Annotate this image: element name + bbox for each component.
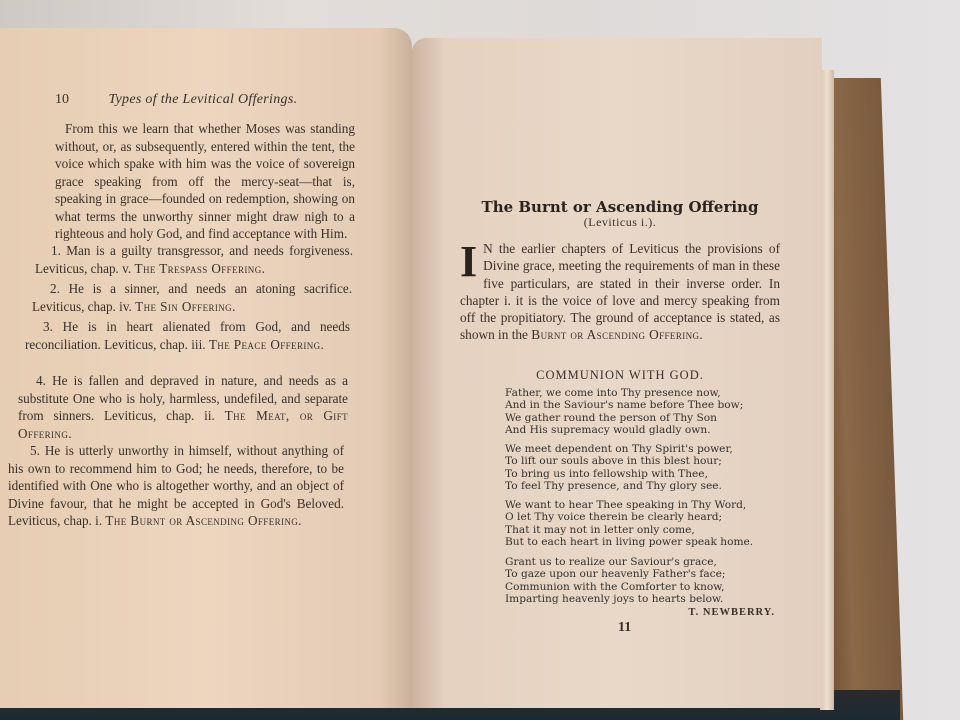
list-item-4: 4. He is fallen and depraved in nature, … [18,372,348,442]
running-head: 10 Types of the Levitical Offerings. [55,92,297,108]
left-page-number: 10 [55,92,105,108]
offering-name: Burnt or Ascending Offering. [531,327,703,342]
list-item-2: 2. He is a sinner, and needs an atoning … [32,280,352,315]
hymn-stanza-1: Father, we come into Thy presence now, A… [505,387,743,437]
right-page-number: 11 [618,620,631,636]
hymn-stanza-4: Grant us to realize our Saviour's grace,… [505,556,725,606]
chapter-subtitle: (Leviticus i.). [440,215,800,230]
page-stack-edge [820,70,834,710]
offering-name: The Sin Offering. [135,299,236,314]
list-item-1: 1. Man is a guilty transgressor, and nee… [35,242,353,277]
offering-name: The Peace Offering. [209,337,324,352]
chapter-title: The Burnt or Ascending Offering [440,198,800,216]
hymn-author: T. NEWBERRY. [640,607,775,618]
intro-paragraph: From this we learn that whether Moses wa… [55,120,355,243]
hymn-stanza-2: We meet dependent on Thy Spirit's power,… [505,443,733,493]
chapter-body: I N the earlier chapters of Leviticus th… [460,240,780,344]
hymn-stanza-3: We want to hear Thee speaking in Thy Wor… [505,499,753,549]
offering-name: The Trespass Offering. [135,261,266,276]
running-head-title: Types of the Levitical Offerings. [109,92,298,107]
offering-name: The Burnt or Ascending Offering. [105,513,301,528]
hymn-title: COMMUNION WITH GOD. [470,368,770,383]
list-item-3: 3. He is in heart alienated from God, an… [25,318,350,353]
list-item-5: 5. He is utterly unworthy in himself, wi… [8,442,344,530]
drop-cap: I [460,242,477,282]
